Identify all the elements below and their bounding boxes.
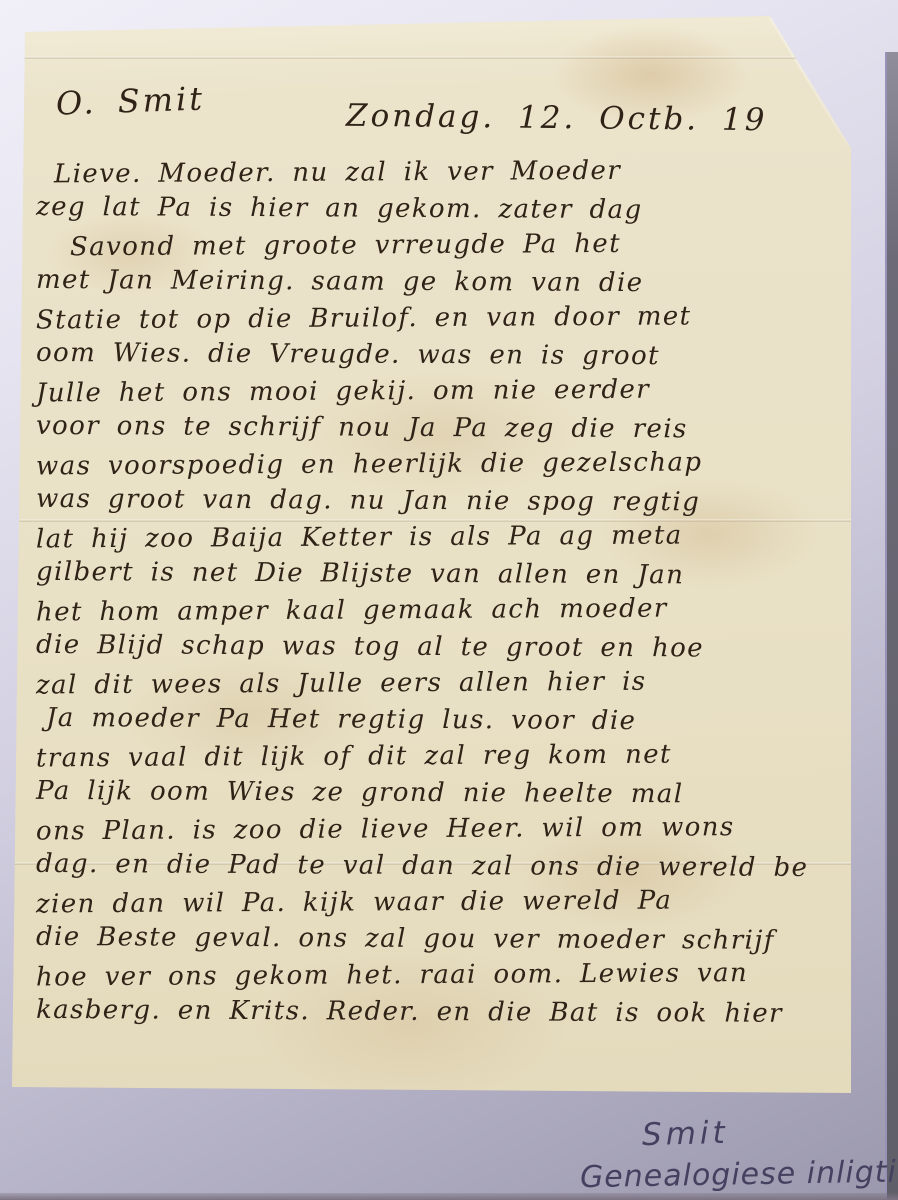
letter-line: zal dit wees als Julle eers allen hier i… bbox=[36, 663, 836, 704]
letter-line: trans vaal dit lijk of dit zal reg kom n… bbox=[36, 736, 836, 777]
crease-line bbox=[10, 56, 854, 59]
letter-line: kasberg. en Krits. Reder. en die Bat is … bbox=[36, 991, 836, 1032]
corner-fold bbox=[752, 14, 856, 156]
photo-bottom-shadow bbox=[0, 1193, 898, 1200]
letter-line: voor ons te schrijf nou Ja Pa zeg die re… bbox=[36, 407, 836, 448]
letter-line: was voorspoedig en heerlijk die gezelsch… bbox=[36, 444, 836, 485]
letter-line: zien dan wil Pa. kijk waar die wereld Pa bbox=[36, 882, 836, 923]
letter-line: oom Wies. die Vreugde. was en is groot bbox=[36, 334, 836, 375]
archival-note-text: Genealogiese inligting bbox=[580, 1154, 898, 1195]
letter-line: Ja moeder Pa Het regtig lus. voor die bbox=[36, 699, 836, 740]
letter-line: dag. en die Pad te val dan zal ons die w… bbox=[36, 845, 836, 886]
letter-line: die Blijd schap was tog al te groot en h… bbox=[36, 626, 836, 667]
letter-line: die Beste geval. ons zal gou ver moeder … bbox=[36, 918, 836, 959]
letter-line: Julle het ons mooi gekij. om nie eerder bbox=[36, 371, 836, 412]
letter-line: Savond met groote vrreugde Pa het bbox=[36, 225, 836, 266]
letter-line: hoe ver ons gekom het. raai oom. Lewies … bbox=[36, 955, 836, 996]
letter-paper: O. Smit Zondag. 12. Octb. 19 Lieve. Moed… bbox=[10, 14, 854, 1096]
archival-note-name: Smit bbox=[642, 1115, 730, 1153]
letter-line: Lieve. Moeder. nu zal ik ver Moeder bbox=[36, 152, 836, 193]
date-line: Zondag. 12. Octb. 19 bbox=[346, 98, 768, 138]
photograph-of-letter: O. Smit Zondag. 12. Octb. 19 Lieve. Moed… bbox=[0, 0, 898, 1200]
letter-line: was groot van dag. nu Jan nie spog regti… bbox=[36, 480, 836, 521]
letter-body: Lieve. Moeder. nu zal ik ver Moeder zeg … bbox=[36, 154, 836, 1030]
letter-line: met Jan Meiring. saam ge kom van die bbox=[36, 261, 836, 302]
letter-line: zeg lat Pa is hier an gekom. zater dag bbox=[36, 188, 836, 229]
letter-line: lat hij zoo Baija Ketter is als Pa ag me… bbox=[36, 517, 836, 558]
photo-edge-strip bbox=[885, 52, 898, 1200]
letter-line: gilbert is net Die Blijste van allen en … bbox=[36, 553, 836, 594]
letter-line: Pa lijk oom Wies ze grond nie heelte mal bbox=[36, 772, 836, 813]
letter-line: ons Plan. is zoo die lieve Heer. wil om … bbox=[36, 809, 836, 850]
sender-name: O. Smit bbox=[55, 79, 205, 122]
letter-line: Statie tot op die Bruilof. en van door m… bbox=[36, 298, 836, 339]
letter-line: het hom amper kaal gemaak ach moeder bbox=[36, 590, 836, 631]
